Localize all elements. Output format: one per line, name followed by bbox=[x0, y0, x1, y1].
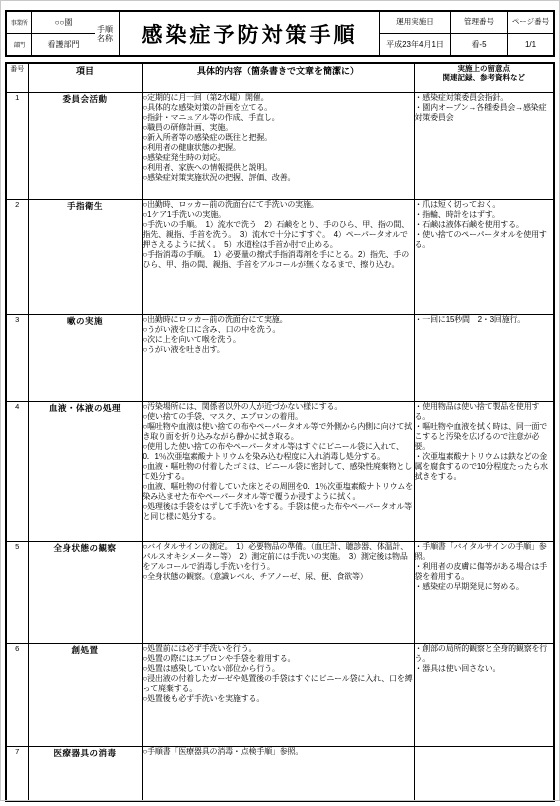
header-left-rows: 事業所 ○○園 部門 看護部門 bbox=[7, 12, 95, 55]
department-row: 部門 看護部門 bbox=[7, 34, 95, 55]
detail-item: ○1ケア1手洗いの実施。 bbox=[143, 210, 414, 220]
detail-item: ○次に上を向いて喉を洗う。 bbox=[143, 335, 414, 345]
note-item: ・使用物品は使い捨て製品を使用する。 bbox=[415, 402, 554, 422]
col-header-item: 項目 bbox=[28, 63, 142, 92]
detail-item: ○浸出液の付着したガーゼや処置後の手袋はすぐにビニール袋に入れ、口を縛って廃棄す… bbox=[143, 674, 414, 694]
note-item: ・使い捨てのペーパータオルを使用する。 bbox=[415, 230, 554, 250]
note-item: ・嘔吐物や血液を拭く時は、同一面でこすると汚染を広げるので注意が必要。 bbox=[415, 422, 554, 452]
note-item: ・石鹸は液体石鹸を使用する。 bbox=[415, 220, 554, 230]
table-row: 4血液・体液の処理○汚染場所には、関係者以外の人が近づかない様にする。○使い捨て… bbox=[6, 401, 554, 541]
detail-item: ○感染症発生時の対応。 bbox=[143, 153, 414, 163]
note-item: ・利用者の皮膚に傷等がある場合は手袋を着用する。 bbox=[415, 562, 554, 582]
header-meta-block: 運用実施日 平成23年4月1日 管理番号 看-5 ページ番号 1/1 bbox=[379, 12, 553, 55]
table-row: 2手指衛生○出勤時、ロッカー前の洗面台にて手洗いの実施。○1ケア1手洗いの実施。… bbox=[6, 199, 554, 314]
row-details-cell: ○手順書「医療器具の消毒・点検手順」参照。 bbox=[142, 746, 414, 801]
note-item: ・次亜塩素酸ナトリウムは鉄などの金属を腐食するので10分程度たったら水拭きをする… bbox=[415, 452, 554, 482]
detail-item: ○血液・嘔吐物の付着したゴミは、ビニール袋に密封して、感染性廃棄物として処分する… bbox=[143, 462, 414, 482]
procedure-table: 番号 項目 具体的内容（箇条書きで文章を簡潔に） 実施上の留意点 関連記録、参考… bbox=[5, 62, 555, 802]
detail-item: ○手洗いの手順。 1）流水で洗う 2）石鹸をとり、手のひら、甲、指の間、指先、親… bbox=[143, 220, 414, 250]
detail-item: ○血液、嘔吐物の付着していた床とその周囲を0．1％次亜塩素酸ナトリウムを染み込ま… bbox=[143, 482, 414, 502]
detail-item: ○職員の研修計画、実施。 bbox=[143, 123, 414, 133]
date-column: 運用実施日 平成23年4月1日 bbox=[379, 12, 450, 55]
detail-item: ○バイタルサインの測定。 1）必要物品の準備。（血圧計、聴診器、体温計、パルスオ… bbox=[143, 542, 414, 572]
detail-item: ○指針・マニュアル等の作成、手直し。 bbox=[143, 113, 414, 123]
header-left-block: 事業所 ○○園 部門 看護部門 手順名称 bbox=[7, 12, 119, 55]
row-notes-cell: ・一回に15秒間 2・3回施行。 bbox=[414, 314, 554, 401]
row-notes-cell: ・創部の局所的観察と全身的観察を行う。・器具は使い回さない。 bbox=[414, 643, 554, 746]
detail-item: ○処理後は手袋をはずして手洗いをする。手袋は使った布やペーパータオル等と同じ様に… bbox=[143, 502, 414, 522]
row-notes-cell: ・使用物品は使い捨て製品を使用する。・嘔吐物や血液を拭く時は、同一面でこすると汚… bbox=[414, 401, 554, 541]
row-item-name: 創処置 bbox=[28, 643, 142, 746]
table-row: 3嗽の実施○出勤時にロッカー前の洗面台にて実施。○うがい液を口に含み、口の中を洗… bbox=[6, 314, 554, 401]
col-header-number: 番号 bbox=[6, 63, 28, 92]
row-item-name: 委員会活動 bbox=[28, 92, 142, 199]
table-header-row: 番号 項目 具体的内容（箇条書きで文章を簡潔に） 実施上の留意点 関連記録、参考… bbox=[6, 63, 554, 92]
office-value: ○○園 bbox=[32, 17, 95, 28]
detail-item: ○手順書「医療器具の消毒・点検手順」参照。 bbox=[143, 747, 414, 757]
department-label: 部門 bbox=[7, 34, 32, 55]
document-title: 感染症予防対策手順 bbox=[119, 12, 379, 55]
row-notes-cell: ・感染症対策委員会指針。・園内オープン→各種委員会→感染症対策委員会 bbox=[414, 92, 554, 199]
control-number-value: 看-5 bbox=[451, 34, 507, 55]
row-number: 5 bbox=[6, 541, 28, 643]
row-item-name: 医療器具の消毒 bbox=[28, 746, 142, 801]
detail-item: ○定期的に月一回（第2水曜）開催。 bbox=[143, 93, 414, 103]
table-row: 7医療器具の消毒○手順書「医療器具の消毒・点検手順」参照。 bbox=[6, 746, 554, 801]
row-details-cell: ○バイタルサインの測定。 1）必要物品の準備。（血圧計、聴診器、体温計、パルスオ… bbox=[142, 541, 414, 643]
col-header-notes-line2: 関連記録、参考資料など bbox=[415, 73, 554, 82]
note-item: ・器具は使い回さない。 bbox=[415, 664, 554, 674]
detail-item: ○感染症対策実施状況の把握、評価、改善。 bbox=[143, 173, 414, 183]
row-item-name: 血液・体液の処理 bbox=[28, 401, 142, 541]
detail-item: ○利用者、家族への情報提供と説明。 bbox=[143, 163, 414, 173]
row-number: 2 bbox=[6, 199, 28, 314]
row-notes-cell: ・爪は短く切っておく。・指輪、時計をはずす。・石鹸は液体石鹸を使用する。・使い捨… bbox=[414, 199, 554, 314]
date-label: 運用実施日 bbox=[380, 12, 450, 34]
detail-item: ○うがい液を口に含み、口の中を洗う。 bbox=[143, 325, 414, 335]
row-number: 3 bbox=[6, 314, 28, 401]
col-header-notes: 実施上の留意点 関連記録、参考資料など bbox=[414, 63, 554, 92]
detail-item: ○利用者の健康状態の把握。 bbox=[143, 143, 414, 153]
note-item: ・指輪、時計をはずす。 bbox=[415, 210, 554, 220]
row-number: 4 bbox=[6, 401, 28, 541]
document-header: 事業所 ○○園 部門 看護部門 手順名称 感染症予防対策手順 運用実施日 平成2… bbox=[5, 10, 555, 57]
table-row: 5全身状態の観察○バイタルサインの測定。 1）必要物品の準備。（血圧計、聴診器、… bbox=[6, 541, 554, 643]
note-item: ・一回に15秒間 2・3回施行。 bbox=[415, 315, 554, 325]
table-row: 1委員会活動○定期的に月一回（第2水曜）開催。○具体的な感染対策の計画を立てる。… bbox=[6, 92, 554, 199]
control-number-column: 管理番号 看-5 bbox=[450, 12, 507, 55]
note-item: ・感染症対策委員会指針。 bbox=[415, 93, 554, 103]
row-details-cell: ○処置前には必ず手洗いを行う。○処置の際にはエプロンや手袋を着用する。○処置は感… bbox=[142, 643, 414, 746]
detail-item: ○新入所者等の感染症の既往と把握。 bbox=[143, 133, 414, 143]
detail-item: ○出勤時、ロッカー前の洗面台にて手洗いの実施。 bbox=[143, 200, 414, 210]
detail-item: ○処置後も必ず手洗いを実施する。 bbox=[143, 694, 414, 704]
row-notes-cell: ・手順書「バイタルサインの手順」参照。・利用者の皮膚に傷等がある場合は手袋を着用… bbox=[414, 541, 554, 643]
office-row: 事業所 ○○園 bbox=[7, 12, 95, 34]
date-value: 平成23年4月1日 bbox=[380, 34, 450, 55]
detail-item: ○処置は感染していない部位から行う。 bbox=[143, 664, 414, 674]
table-row: 6創処置○処置前には必ず手洗いを行う。○処置の際にはエプロンや手袋を着用する。○… bbox=[6, 643, 554, 746]
detail-item: ○嘔吐物や血液は使い捨ての布やペーパータオル等で外側から内側に向けて拭き取り面を… bbox=[143, 422, 414, 442]
note-item: ・爪は短く切っておく。 bbox=[415, 200, 554, 210]
row-details-cell: ○定期的に月一回（第2水曜）開催。○具体的な感染対策の計画を立てる。○指針・マニ… bbox=[142, 92, 414, 199]
row-details-cell: ○出勤時にロッカー前の洗面台にて実施。○うがい液を口に含み、口の中を洗う。○次に… bbox=[142, 314, 414, 401]
detail-item: ○具体的な感染対策の計画を立てる。 bbox=[143, 103, 414, 113]
detail-item: ○使い捨ての手袋、マスク、エプロンの着用。 bbox=[143, 412, 414, 422]
row-item-name: 嗽の実施 bbox=[28, 314, 142, 401]
row-item-name: 全身状態の観察 bbox=[28, 541, 142, 643]
control-number-label: 管理番号 bbox=[451, 12, 507, 34]
note-item: ・創部の局所的観察と全身的観察を行う。 bbox=[415, 644, 554, 664]
note-item: ・園内オープン→各種委員会→感染症対策委員会 bbox=[415, 103, 554, 123]
detail-item: ○出勤時にロッカー前の洗面台にて実施。 bbox=[143, 315, 414, 325]
detail-item: ○全身状態の観察。（意識レベル、チアノーゼ、尿、便、食欲等） bbox=[143, 572, 414, 582]
row-details-cell: ○汚染場所には、関係者以外の人が近づかない様にする。○使い捨ての手袋、マスク、エ… bbox=[142, 401, 414, 541]
page-number-value: 1/1 bbox=[508, 34, 553, 55]
row-number: 7 bbox=[6, 746, 28, 801]
note-item: ・手順書「バイタルサインの手順」参照。 bbox=[415, 542, 554, 562]
detail-item: ○処置の際にはエプロンや手袋を着用する。 bbox=[143, 654, 414, 664]
detail-item: ○処置前には必ず手洗いを行う。 bbox=[143, 644, 414, 654]
col-header-notes-line1: 実施上の留意点 bbox=[415, 64, 554, 73]
page-number-column: ページ番号 1/1 bbox=[507, 12, 553, 55]
row-number: 6 bbox=[6, 643, 28, 746]
department-value: 看護部門 bbox=[32, 39, 95, 50]
row-number: 1 bbox=[6, 92, 28, 199]
office-label: 事業所 bbox=[7, 12, 32, 33]
row-notes-cell bbox=[414, 746, 554, 801]
document-sheet: 事業所 ○○園 部門 看護部門 手順名称 感染症予防対策手順 運用実施日 平成2… bbox=[5, 5, 555, 796]
detail-item: ○使用した使い捨ての布やペーパータオル等はすぐにビニール袋に入れて、0．1％次亜… bbox=[143, 442, 414, 462]
col-header-details: 具体的内容（箇条書きで文章を簡潔に） bbox=[142, 63, 414, 92]
detail-item: ○うがい液を吐き出す。 bbox=[143, 345, 414, 355]
detail-item: ○手指消毒の手順。 1）必要量の擦式手指消毒剤を手にとる。2）指先、手のひら、甲… bbox=[143, 250, 414, 270]
row-details-cell: ○出勤時、ロッカー前の洗面台にて手洗いの実施。○1ケア1手洗いの実施。○手洗いの… bbox=[142, 199, 414, 314]
note-item: ・感染症の早期発見に努める。 bbox=[415, 582, 554, 592]
detail-item: ○汚染場所には、関係者以外の人が近づかない様にする。 bbox=[143, 402, 414, 412]
page-number-label: ページ番号 bbox=[508, 12, 553, 34]
procedure-name-label: 手順名称 bbox=[95, 12, 115, 55]
row-item-name: 手指衛生 bbox=[28, 199, 142, 314]
